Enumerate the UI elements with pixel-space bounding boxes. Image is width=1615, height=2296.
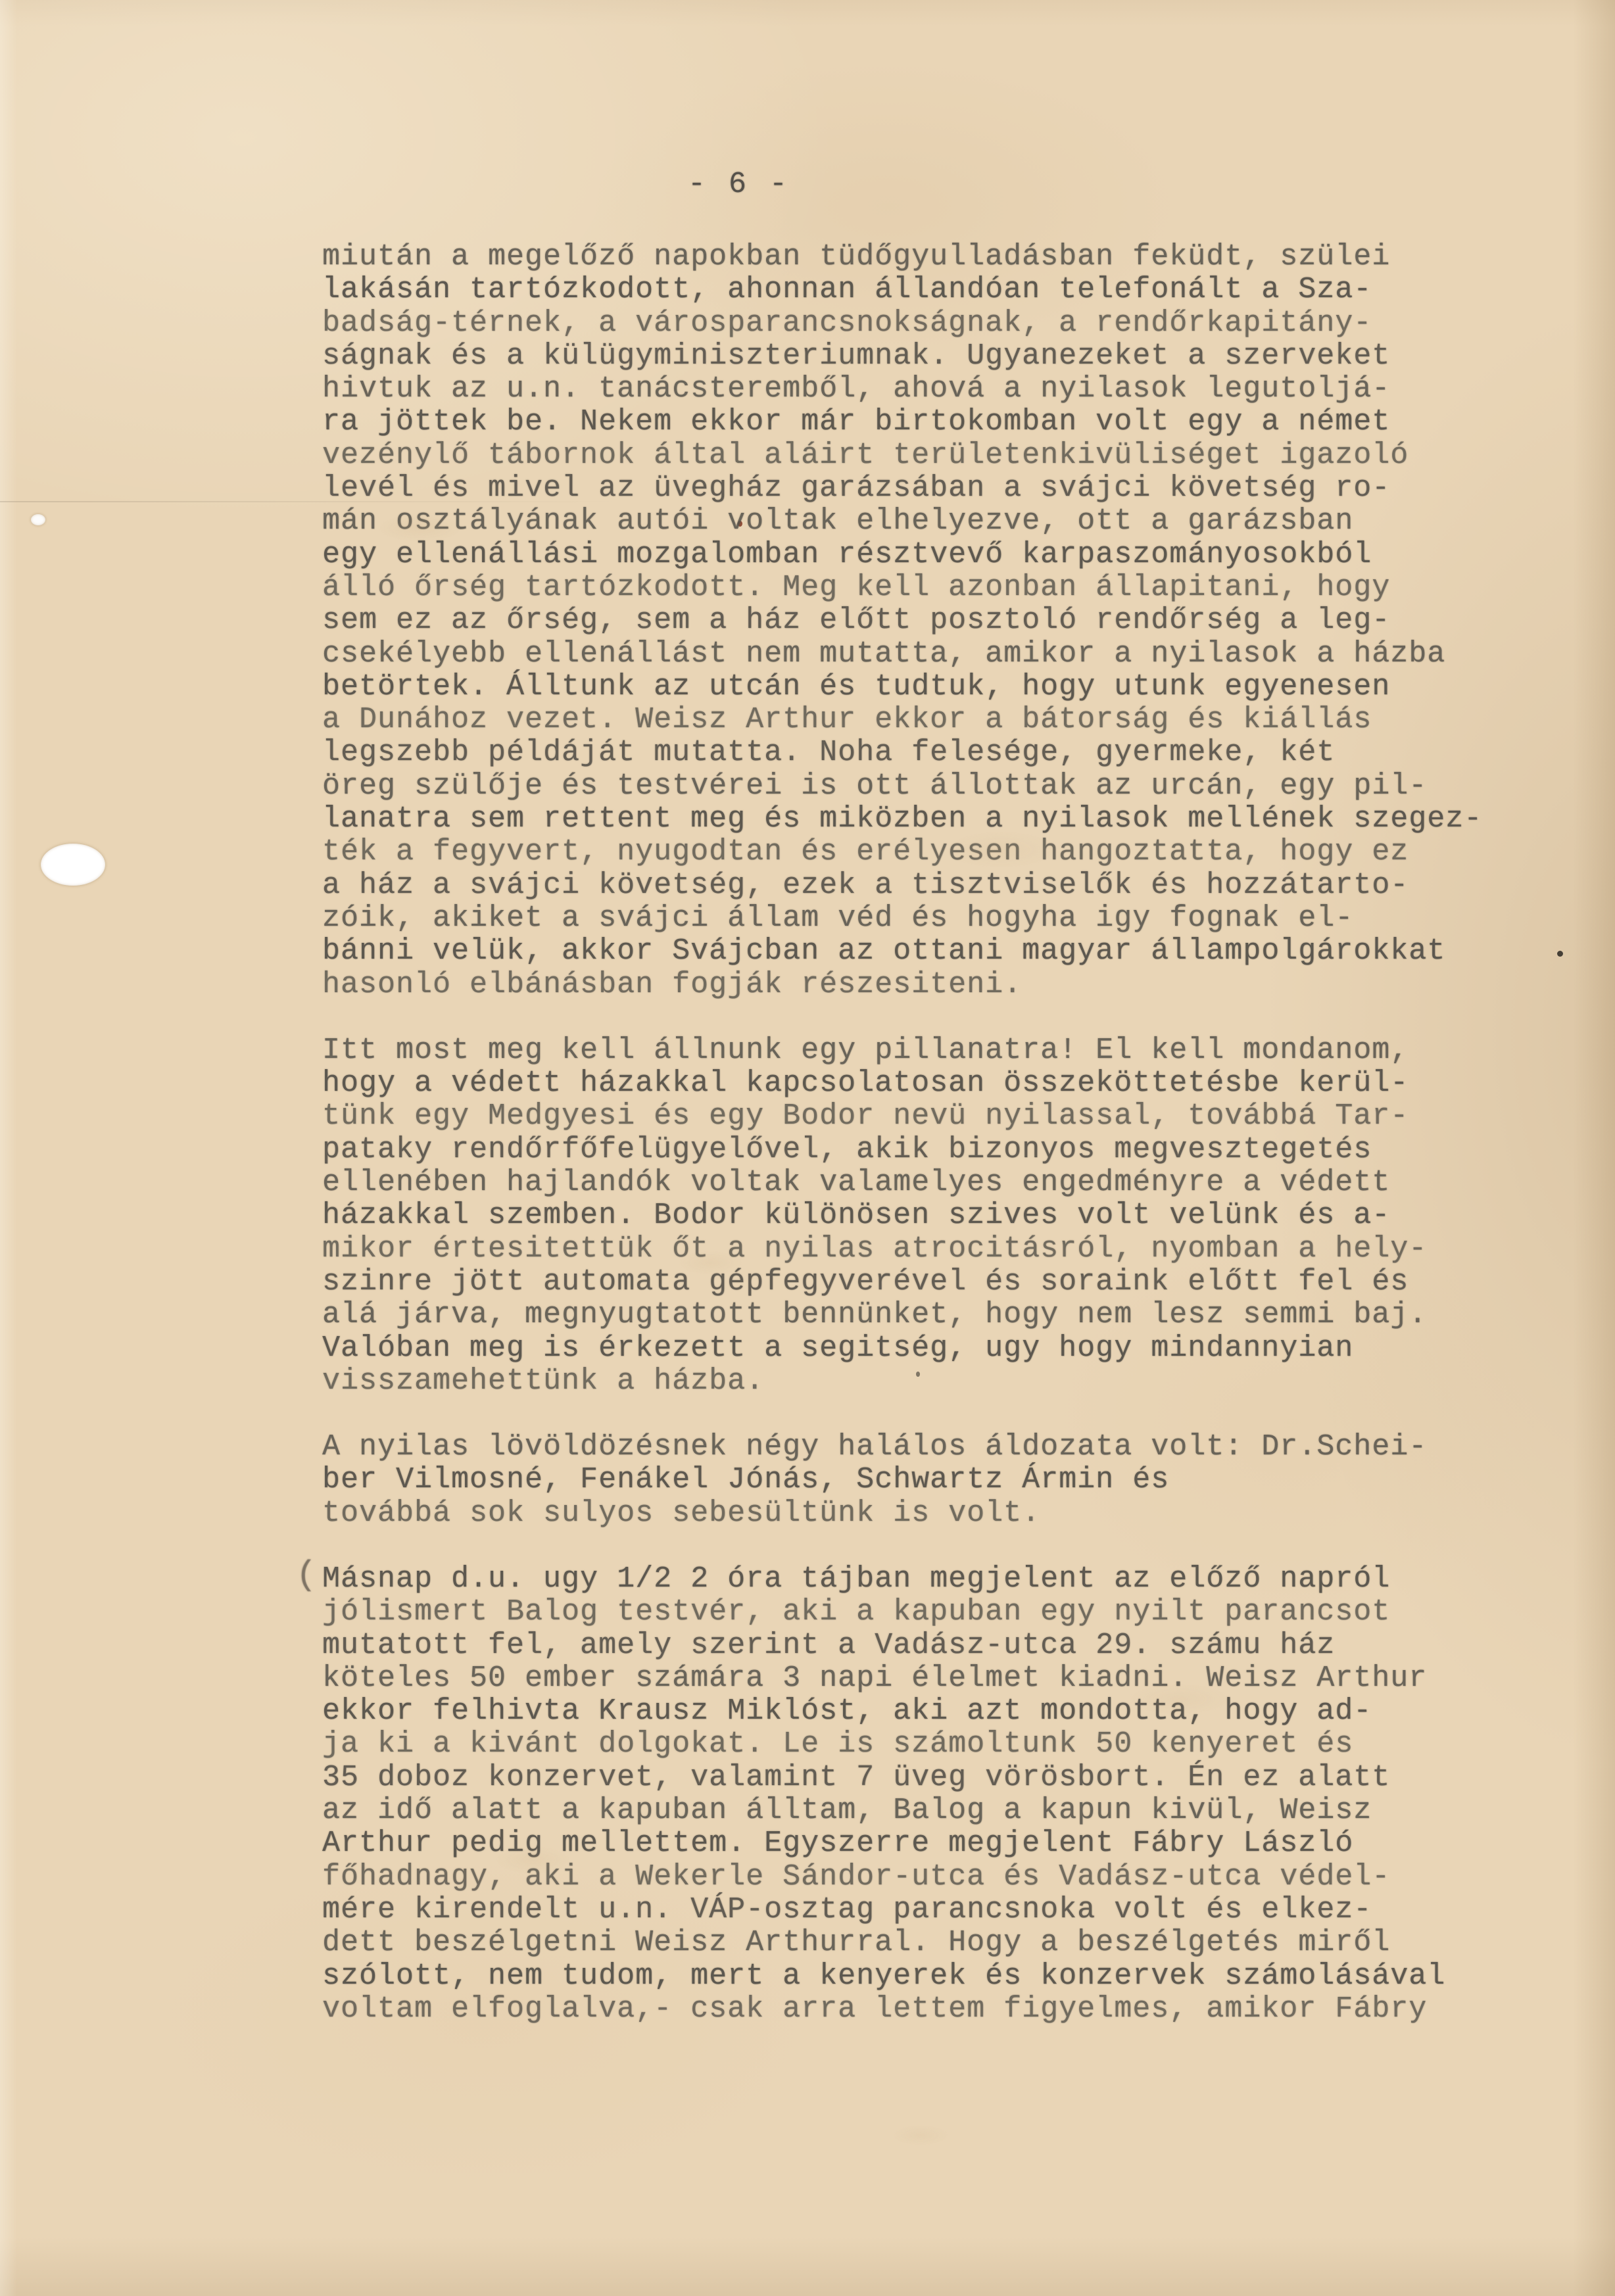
text-line: főhadnagy, aki a Wekerle Sándor-utca és …	[322, 1861, 1572, 1894]
text-line: tünk egy Medgyesi és egy Bodor nevü nyil…	[322, 1100, 1572, 1133]
text-line: köteles 50 ember számára 3 napi élelmet …	[322, 1662, 1572, 1695]
text-line: jólismert Balog testvér, aki a kapuban e…	[322, 1596, 1572, 1629]
text-line: szólott, nem tudom, mert a kenyerek és k…	[322, 1960, 1572, 1993]
text-line: ekkor felhivta Krausz Miklóst, aki azt m…	[322, 1695, 1572, 1728]
text-line: mére kirendelt u.n. VÁP-osztag parancsno…	[322, 1894, 1572, 1926]
text-line: hivtuk az u.n. tanácsteremből, ahová a n…	[322, 373, 1572, 406]
text-line: Valóban meg is érkezett a segitség, ugy …	[322, 1332, 1572, 1365]
text-line: 35 doboz konzervet, valamint 7 üveg vörö…	[322, 1761, 1572, 1794]
text-line: lakásán tartózkodott, ahonnan állandóan …	[322, 274, 1572, 306]
punch-hole-large	[41, 844, 105, 886]
text-line: vezénylő tábornok által aláirt területen…	[322, 439, 1572, 472]
text-line: ték a fegyvert, nyugodtan és erélyesen h…	[322, 836, 1572, 869]
text-line: ber Vilmosné, Fenákel Jónás, Schwartz Ár…	[322, 1464, 1572, 1496]
text-line: az idő alatt a kapuban álltam, Balog a k…	[322, 1794, 1572, 1827]
text-line: ságnak és a külügyminiszteriumnak. Ugyan…	[322, 340, 1572, 373]
text-line: mán osztályának autói voltak elhelyezve,…	[322, 505, 1572, 538]
text-line: csekélyebb ellenállást nem mutatta, amik…	[322, 638, 1572, 671]
text-line: pataky rendőrfőfelügyelővel, akik bizony…	[322, 1134, 1572, 1166]
pencil-margin-mark: (	[296, 1559, 317, 1592]
text-line: levél és mivel az üvegház garázsában a s…	[322, 472, 1572, 505]
text-line: visszamehettünk a házba.	[322, 1365, 1572, 1398]
text-line: hasonló elbánásban fogják részesiteni.	[322, 969, 1572, 1001]
text-line: dett beszélgetni Weisz Arthurral. Hogy a…	[322, 1926, 1572, 1959]
paragraph: (Másnap d.u. ugy 1/2 2 óra tájban megjel…	[322, 1563, 1572, 2026]
text-line: egy ellenállási mozgalomban résztvevő ka…	[322, 538, 1572, 571]
text-line: Arthur pedig mellettem. Egyszerre megjel…	[322, 1827, 1572, 1860]
text-line: házakkal szemben. Bodor különösen szives…	[322, 1199, 1572, 1232]
text-line: továbbá sok sulyos sebesültünk is volt.	[322, 1497, 1572, 1530]
paragraph: miután a megelőző napokban tüdőgyulladás…	[322, 241, 1572, 1001]
text-line: hogy a védett házakkal kapcsolatosan öss…	[322, 1067, 1572, 1100]
text-line: a ház a svájci követség, ezek a tisztvis…	[322, 869, 1572, 902]
text-line: ja ki a kivánt dolgokat. Le is számoltun…	[322, 1728, 1572, 1761]
text-line: lanatra sem rettent meg és miközben a ny…	[322, 803, 1572, 836]
text-line: ellenében hajlandók voltak valamelyes en…	[322, 1166, 1572, 1199]
text-line: szinre jött automata gépfegyverével és s…	[322, 1266, 1572, 1299]
text-line: a Dunához vezet. Weisz Arthur ekkor a bá…	[322, 704, 1572, 736]
text-line: bánni velük, akkor Svájcban az ottani ma…	[322, 935, 1572, 968]
paragraph: Itt most meg kell állnunk egy pillanatra…	[322, 1034, 1572, 1398]
text-line: alá járva, megnyugtatott bennünket, hogy…	[322, 1299, 1572, 1331]
typewritten-text-block: miután a megelőző napokban tüdőgyulladás…	[322, 241, 1572, 2026]
punch-hole-small	[31, 514, 45, 525]
text-line: miután a megelőző napokban tüdőgyulladás…	[322, 241, 1572, 274]
text-line: mikor értesitettük őt a nyilas atrocitás…	[322, 1233, 1572, 1266]
text-line: sem ez az őrség, sem a ház előtt posztol…	[322, 604, 1572, 637]
text-line: betörtek. Álltunk az utcán és tudtuk, ho…	[322, 671, 1572, 704]
text-line: ra jöttek be. Nekem ekkor már birtokomba…	[322, 406, 1572, 439]
text-line: öreg szülője és testvérei is ott állotta…	[322, 770, 1572, 803]
scanned-page: - 6 - miután a megelőző napokban tüdőgyu…	[0, 0, 1615, 2296]
text-line: Itt most meg kell állnunk egy pillanatra…	[322, 1034, 1572, 1067]
text-line: A nyilas lövöldözésnek négy halálos áldo…	[322, 1431, 1572, 1464]
text-line: legszebb példáját mutatta. Noha felesége…	[322, 736, 1572, 769]
text-line: Másnap d.u. ugy 1/2 2 óra tájban megjele…	[322, 1563, 1572, 1596]
page-number: - 6 -	[688, 168, 790, 201]
text-line: zóik, akiket a svájci állam véd és hogyh…	[322, 902, 1572, 935]
text-line: voltam elfoglalva,- csak arra lettem fig…	[322, 1993, 1572, 2026]
text-line: mutatott fel, amely szerint a Vadász-utc…	[322, 1629, 1572, 1662]
paragraph: A nyilas lövöldözésnek négy halálos áldo…	[322, 1431, 1572, 1530]
text-line: álló őrség tartózkodott. Meg kell azonba…	[322, 571, 1572, 604]
text-line: badság-térnek, a városparancsnokságnak, …	[322, 307, 1572, 340]
